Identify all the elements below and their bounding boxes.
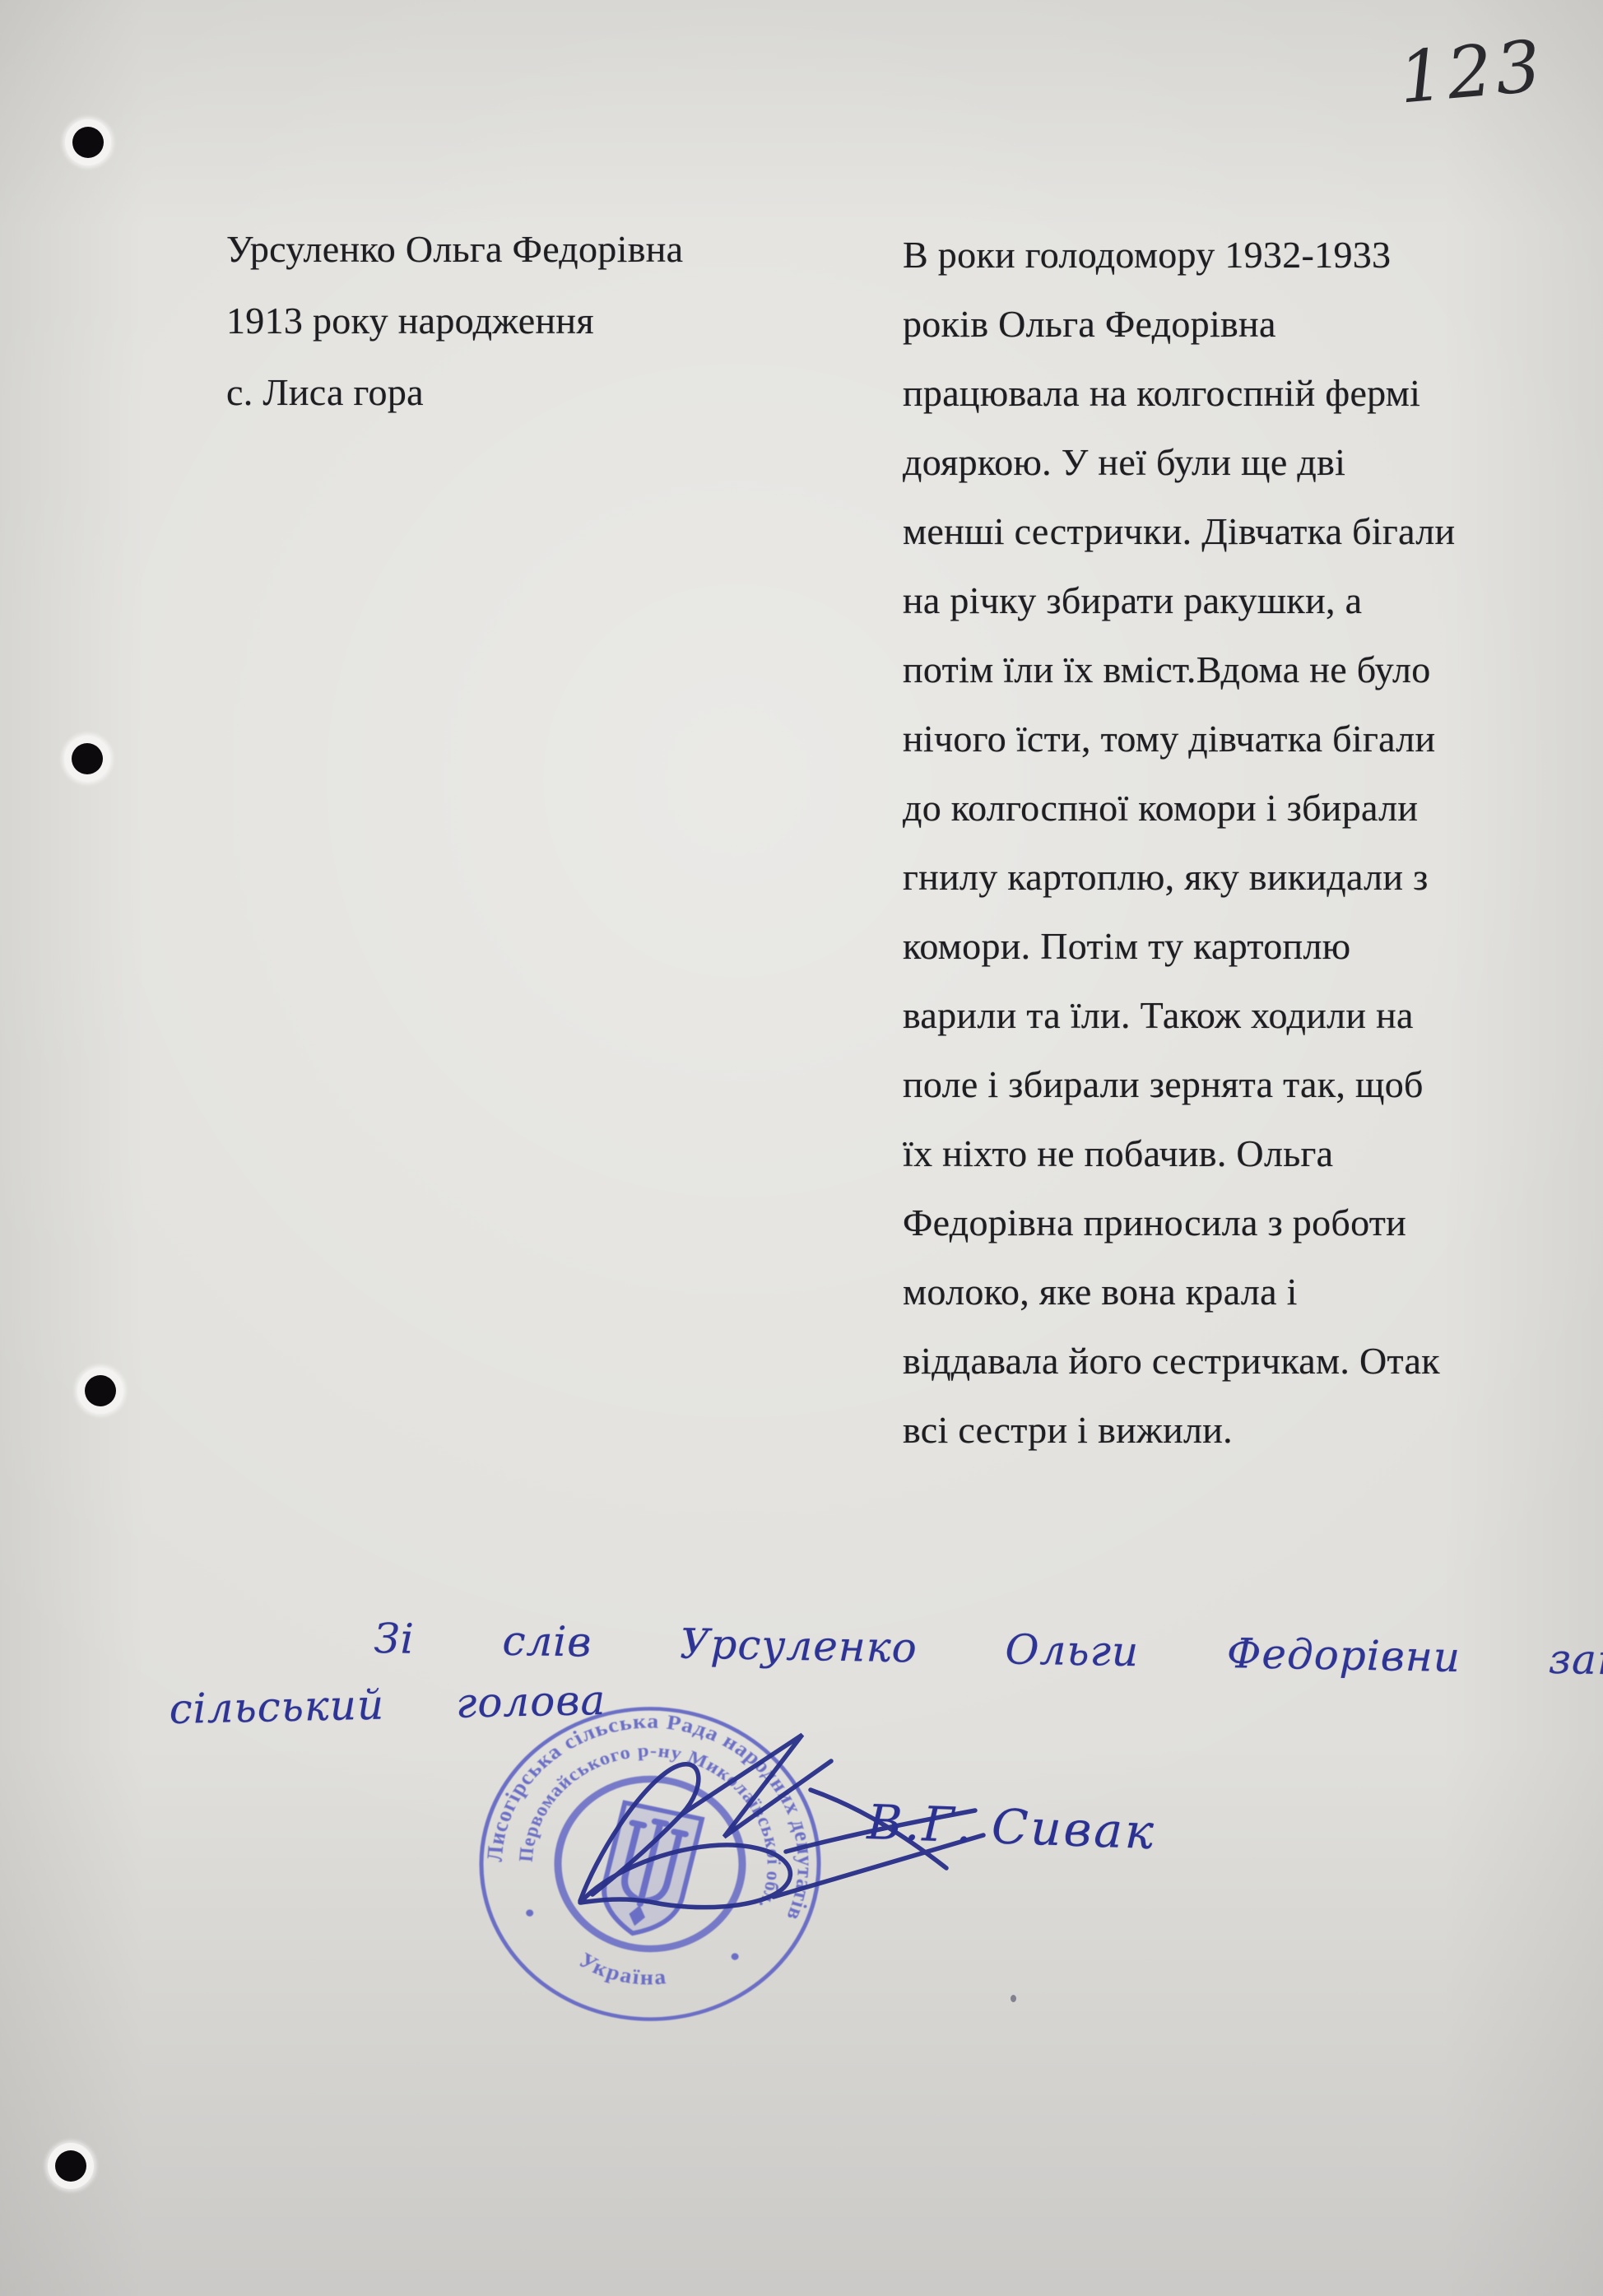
typed-line: с. Лиса гора (226, 356, 769, 428)
signature-name: В.Г. Сивак (867, 1794, 1157, 1860)
witness-info-block: Урсуленко Ольга Федорівна 1913 року наро… (226, 213, 769, 428)
typed-line: Федорівна приносила з роботи (903, 1188, 1495, 1257)
handwritten-attribution-role: сільський голова (169, 1676, 606, 1733)
typed-line: менші сестрички. Дівчатка бігали (903, 497, 1495, 566)
punch-hole (72, 127, 104, 158)
typed-line: років Ольга Федорівна (903, 290, 1495, 359)
typed-line: дояркою. У неї були ще дві (903, 428, 1495, 497)
typed-line: 1913 року народження (226, 285, 769, 356)
typed-line: молоко, яке вона крала і (903, 1257, 1495, 1327)
punch-hole (72, 743, 103, 774)
ink-speck (1011, 1995, 1016, 2002)
typed-line: їх ніхто не побачив. Ольга (903, 1119, 1495, 1188)
typed-line: гнилу картоплю, яку викидали з (903, 843, 1495, 912)
typed-line: поле і збирали зернята так, щоб (903, 1050, 1495, 1119)
typed-line: нічого їсти, тому дівчатка бігали (903, 704, 1495, 774)
scanned-document-page: 123 Урсуленко Ольга Федорівна 1913 року … (0, 0, 1603, 2296)
typed-line: потім їли їх вміст.Вдома не було (903, 635, 1495, 704)
punch-hole (55, 2150, 86, 2182)
punch-hole (85, 1375, 116, 1406)
typed-line: всі сестри і вижили. (903, 1396, 1495, 1465)
typed-line: комори. Потім ту картоплю (903, 912, 1495, 981)
typed-line: на річку збирати ракушки, а (903, 566, 1495, 635)
typed-line: В роки голодомору 1932-1933 (903, 221, 1495, 290)
typed-line: Урсуленко Ольга Федорівна (226, 213, 769, 285)
typed-line: до колгоспної комори і збирали (903, 774, 1495, 843)
typed-line: працювала на колгоспній фермі (903, 359, 1495, 428)
typed-line: варили та їли. Також ходили на (903, 981, 1495, 1050)
page-number: 123 (1396, 26, 1547, 120)
typed-line: віддавала його сестричкам. Отак (903, 1327, 1495, 1396)
testimony-text-block: В роки голодомору 1932-1933 років Ольга … (903, 221, 1495, 1465)
